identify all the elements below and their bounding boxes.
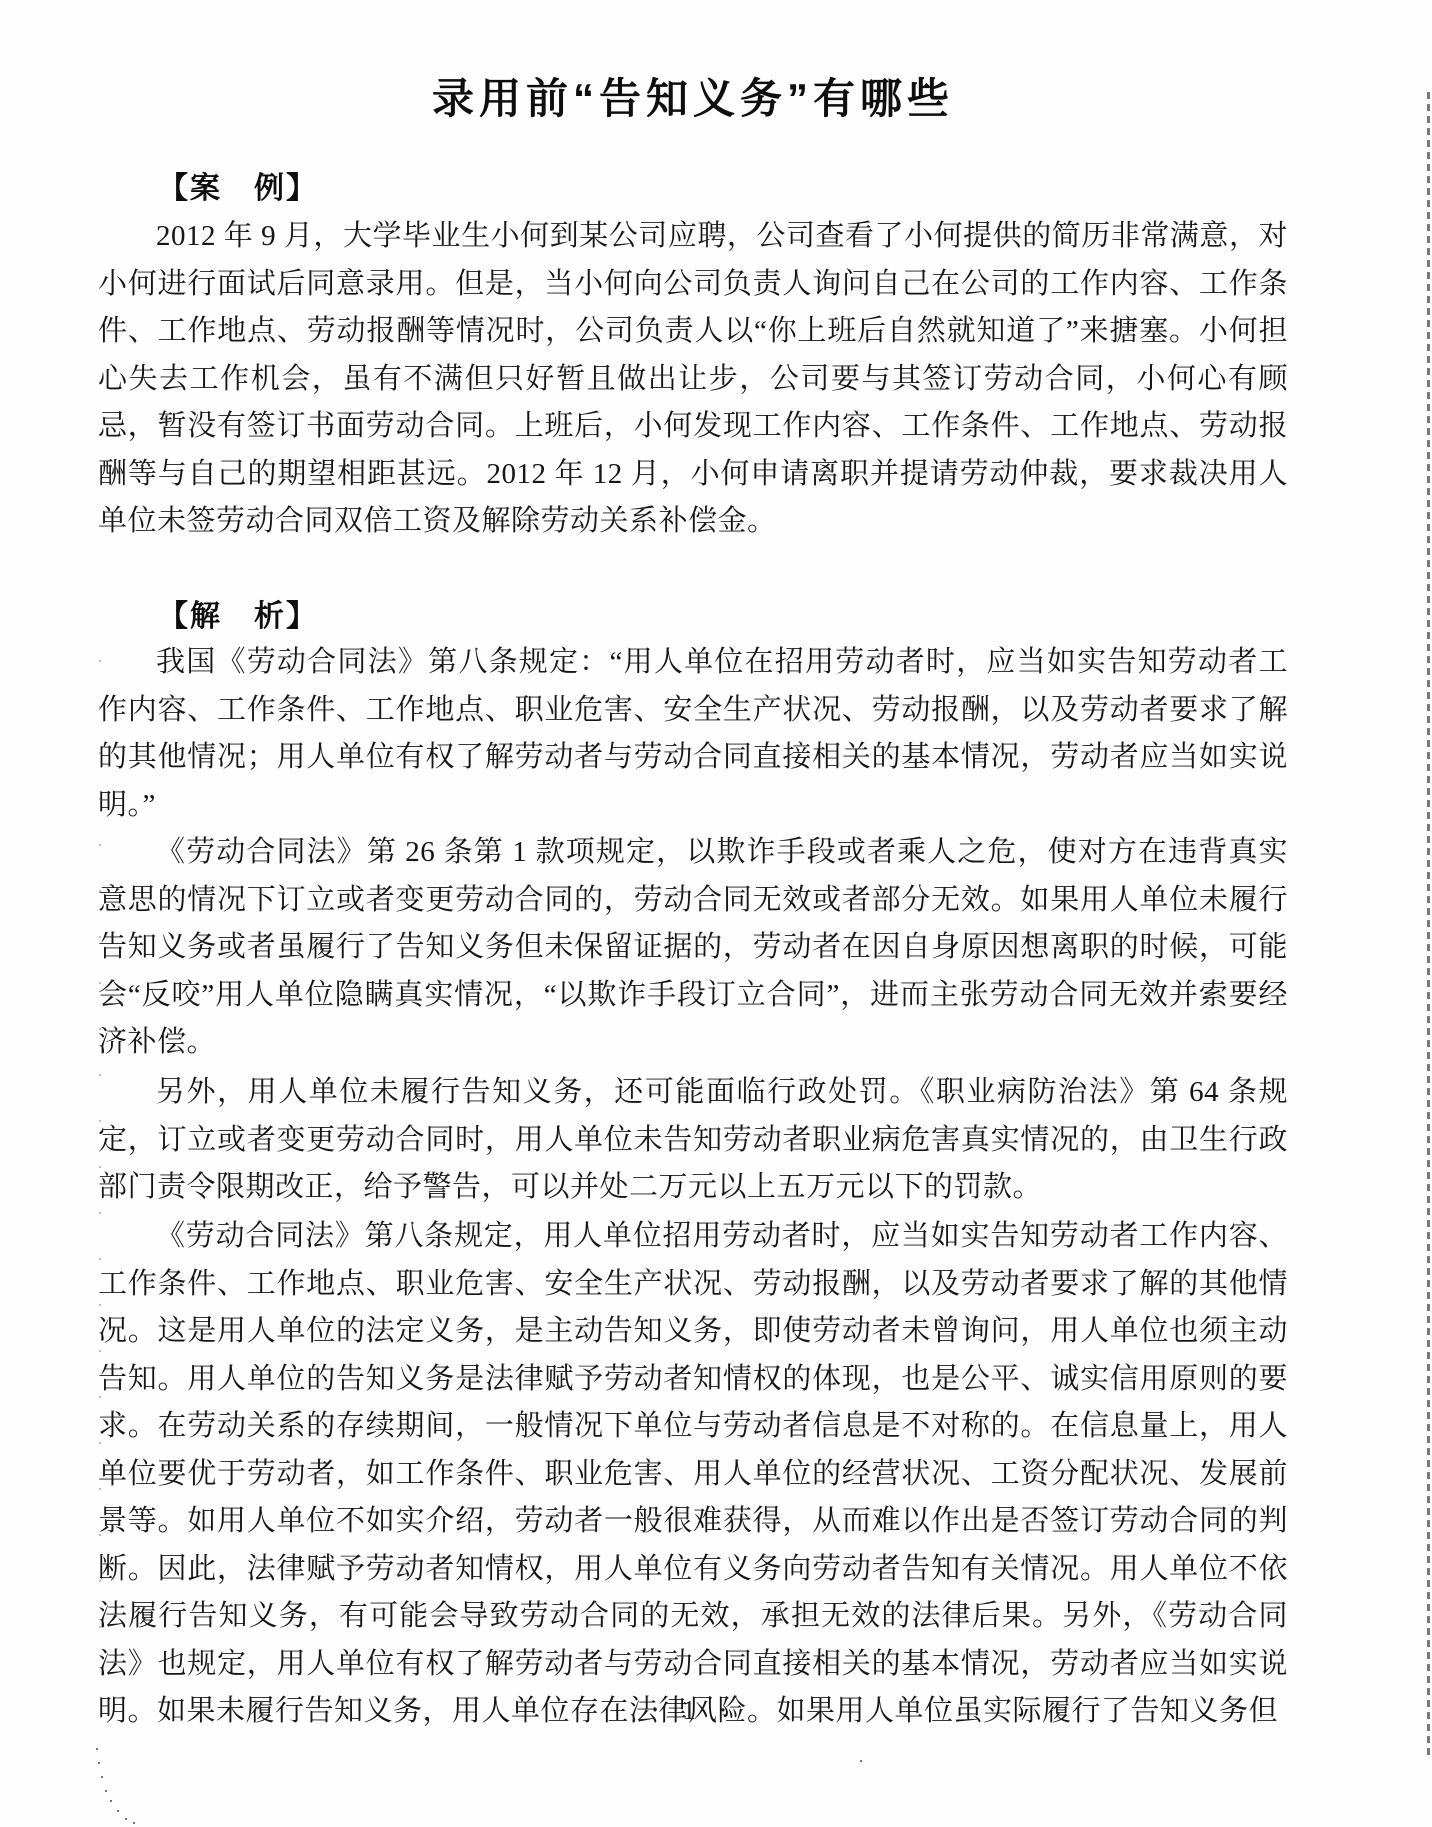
scanned-document-page: 录用前“告知义务”有哪些 【案 例】 2012 年 9 月，大学毕业生小何到某公… — [0, 0, 1432, 1827]
page-number: · 1 · — [98, 1695, 1288, 1726]
scan-speck — [110, 1800, 112, 1802]
section-heading-analysis: 【解 析】 — [98, 591, 1288, 635]
scan-speck — [117, 1810, 119, 1812]
scan-edge-artifact-right — [1427, 92, 1430, 1757]
scan-margin-noise-left — [99, 660, 101, 1660]
scan-speck — [133, 1822, 135, 1824]
scan-speck — [105, 1790, 107, 1792]
analysis-paragraph-2: 《劳动合同法》第 26 条第 1 款项规定，以欺诈手段或者乘人之危，使对方在违背… — [98, 829, 1288, 1067]
analysis-paragraph-1: 我国《劳动合同法》第八条规定：“用人单位在招用劳动者时，应当如实告知劳动者工作内… — [98, 639, 1288, 829]
scan-speck — [860, 1760, 862, 1762]
case-paragraph: 2012 年 9 月，大学毕业生小何到某公司应聘，公司查看了小何提供的简历非常满… — [98, 213, 1288, 546]
scan-speck — [125, 1818, 127, 1820]
page-title: 录用前“告知义务”有哪些 — [98, 66, 1288, 126]
scan-speck — [98, 1762, 100, 1764]
scan-speck — [96, 1748, 98, 1750]
analysis-paragraph-4: 《劳动合同法》第八条规定，用人单位招用劳动者时，应当如实告知劳动者工作内容、工作… — [98, 1213, 1288, 1736]
section-heading-case: 【案 例】 — [98, 163, 1288, 207]
analysis-paragraph-3: 另外，用人单位未履行告知义务，还可能面临行政处罚。《职业病防治法》第 64 条规… — [98, 1069, 1288, 1212]
scan-speck — [101, 1776, 103, 1778]
